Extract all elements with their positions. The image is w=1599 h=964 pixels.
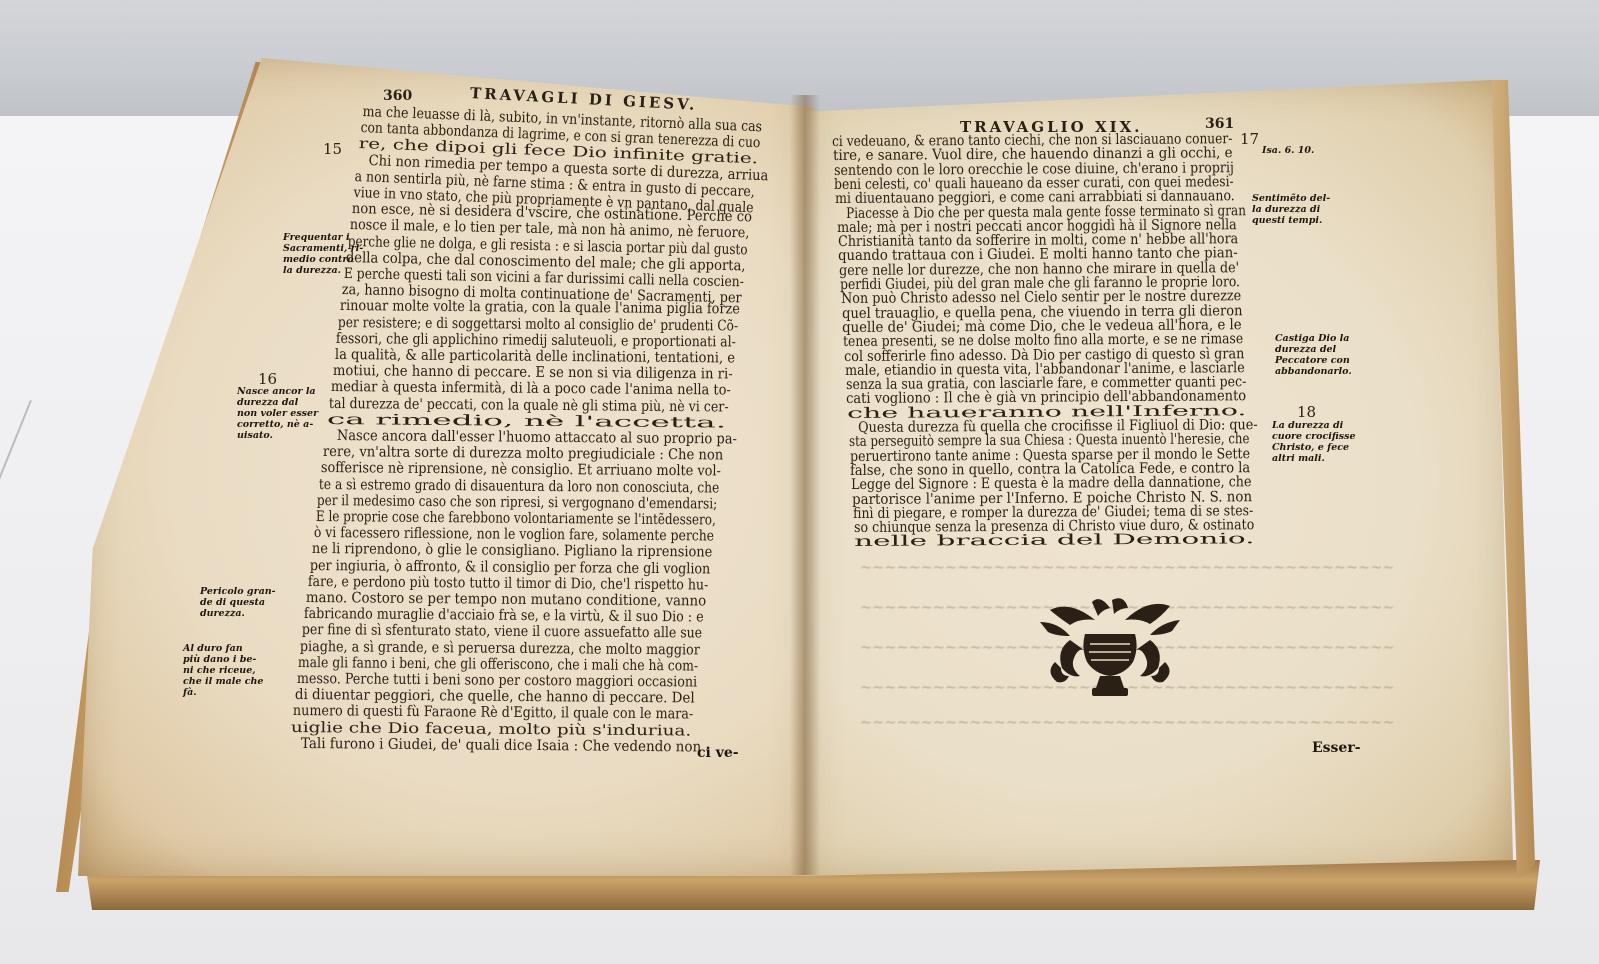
marginal-note: Castiga Dio la durezza del Peccatore con… bbox=[1275, 333, 1352, 377]
left-catchword: ci ve- bbox=[697, 745, 739, 761]
woodcut-vase-ornament-icon bbox=[1030, 592, 1190, 702]
marginal-note: Pericolo gran- de di questa durezza. bbox=[200, 586, 276, 619]
margin-number-15: 15 bbox=[323, 140, 342, 158]
marginal-note: La durezza di cuore crocifisse Christo, … bbox=[1272, 420, 1356, 464]
marginal-note: Nasce ancor la durezza dal non voler ess… bbox=[237, 386, 318, 441]
text-line: nelle braccia del Demonio. bbox=[854, 532, 1255, 552]
show-through-text: ~~~~~~~~~~~~~~~~~~~~~~~~~~~~~~~~~~~~~~~~… bbox=[860, 560, 1395, 577]
book-gutter bbox=[790, 95, 820, 875]
right-catchword: Esser- bbox=[1312, 740, 1361, 756]
margin-number-18: 18 bbox=[1297, 403, 1316, 421]
text-line: Tali furono i Giudei, de' quali dice Isa… bbox=[301, 736, 701, 756]
show-through-text: ~~~~~~~~~~~~~~~~~~~~~~~~~~~~~~~~~~~~~~~~… bbox=[860, 715, 1395, 732]
marginal-note: Isa. 6. 10. bbox=[1262, 145, 1314, 156]
marginal-note: Sentimẽto del- la durezza di questi temp… bbox=[1252, 193, 1330, 226]
left-page-number: 360 bbox=[383, 88, 412, 104]
right-page-number: 361 bbox=[1205, 116, 1234, 132]
marginal-note: Frequentar i Sacramenti, ri- medio contr… bbox=[283, 232, 363, 276]
marginal-note: Al duro fan più dano i be- ni che riceue… bbox=[183, 643, 263, 698]
margin-number-17: 17 bbox=[1240, 130, 1259, 148]
